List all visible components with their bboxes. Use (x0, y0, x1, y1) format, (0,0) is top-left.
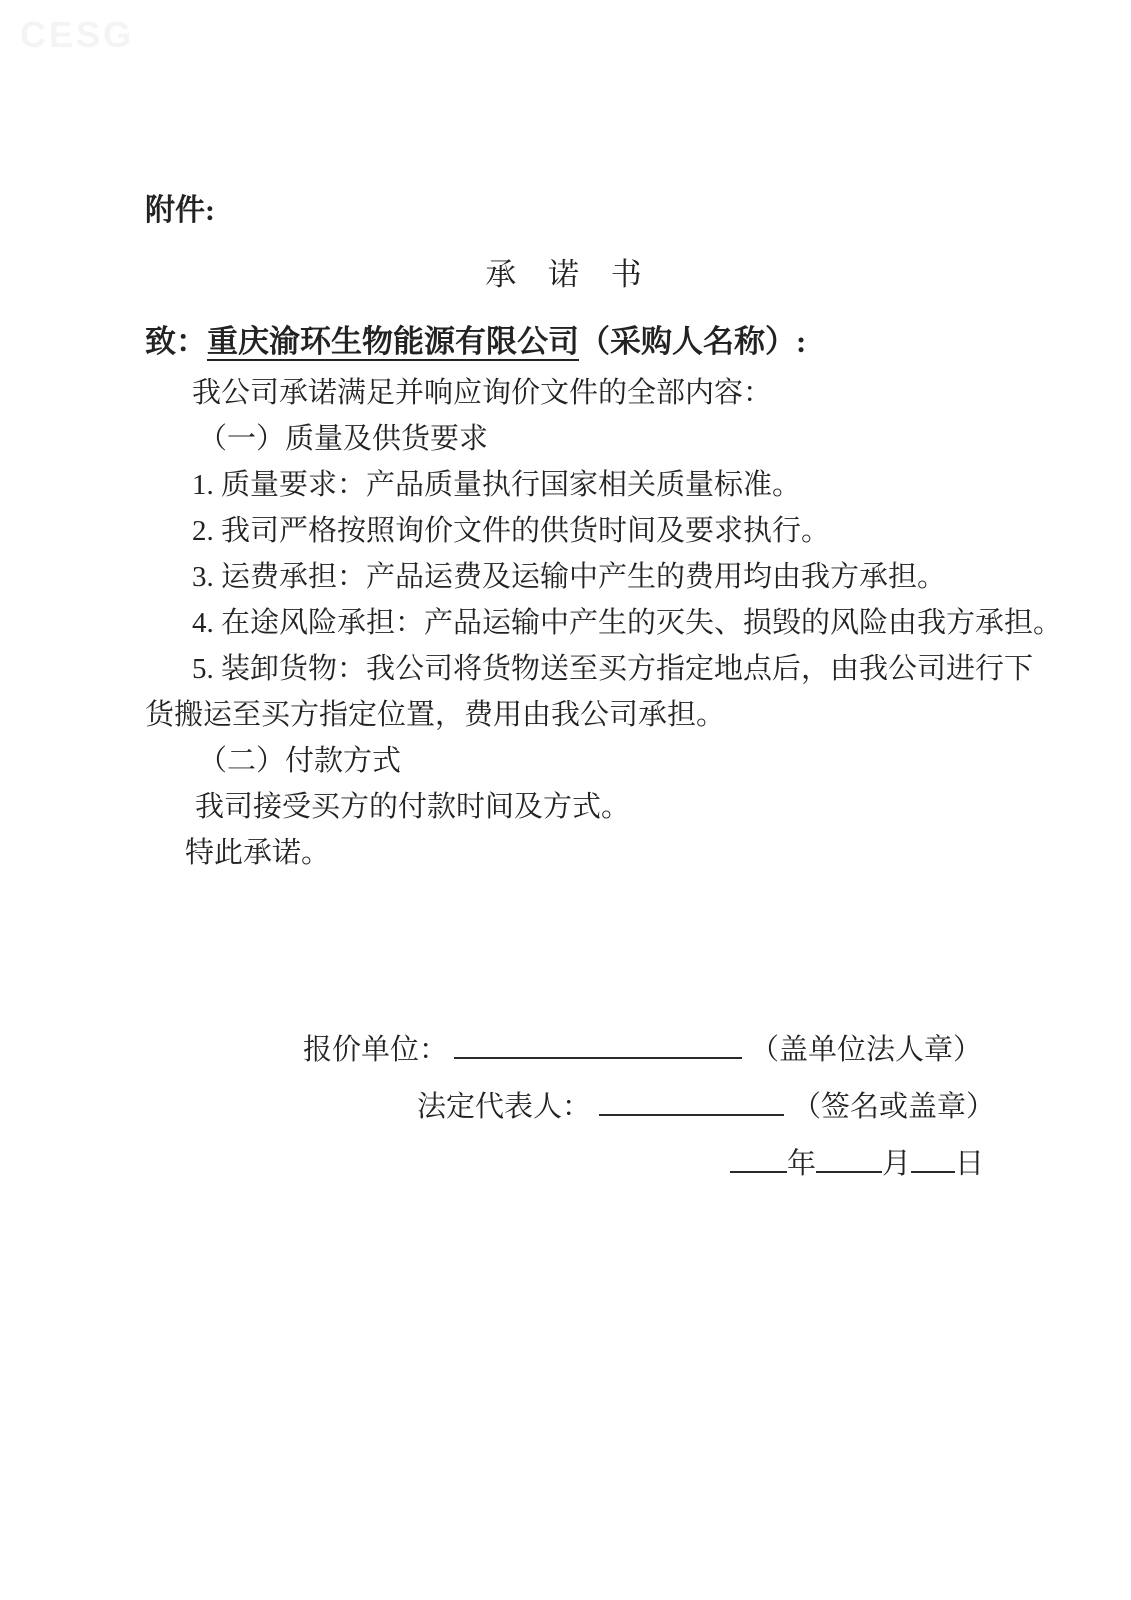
paragraph-item-5: 5. 装卸货物：我公司将货物送至买方指定地点后，由我公司进行下 (145, 646, 986, 692)
salutation-line: 致：重庆渝环生物能源有限公司（采购人名称）: (145, 324, 986, 360)
attachment-label: 附件: (145, 194, 986, 228)
signature-block: 报价单位：（盖单位法人章） 法定代表人：（签名或盖章） 年月日 (145, 1028, 986, 1182)
quote-unit-blank-line (454, 1028, 742, 1059)
day-label: 日 (955, 1148, 984, 1180)
paragraph-closing: 特此承诺。 (145, 830, 986, 876)
legal-representative-note: （签名或盖章） (792, 1091, 995, 1123)
quote-unit-row: 报价单位：（盖单位法人章） (303, 1028, 986, 1068)
paragraph-item-4: 4. 在途风险承担：产品运输中产生的灭失、损毁的风险由我方承担。 (145, 600, 986, 646)
document-body: 我公司承诺满足并响应询价文件的全部内容： （一）质量及供货要求 1. 质量要求：… (145, 370, 986, 876)
document-title: 承 诺 书 (145, 258, 986, 292)
paragraph-commitment-intro: 我公司承诺满足并响应询价文件的全部内容： (145, 370, 986, 416)
paragraph-item-2: 2. 我司严格按照询价文件的供货时间及要求执行。 (145, 508, 986, 554)
paragraph-item-3: 3. 运费承担：产品运费及运输中产生的费用均由我方承担。 (145, 554, 986, 600)
year-label: 年 (787, 1148, 816, 1180)
legal-representative-blank-line (599, 1085, 784, 1116)
purchaser-company-name: 重庆渝环生物能源有限公司 (207, 324, 579, 359)
year-blank-line (730, 1142, 787, 1173)
paragraph-payment-terms: 我司接受买方的付款时间及方式。 (145, 784, 986, 830)
quote-unit-seal-note: （盖单位法人章） (750, 1034, 982, 1066)
month-label: 月 (882, 1148, 911, 1180)
salutation-suffix: （采购人名称）: (579, 324, 806, 359)
legal-representative-label: 法定代表人： (417, 1091, 591, 1123)
paragraph-item-1: 1. 质量要求：产品质量执行国家相关质量标准。 (145, 462, 986, 508)
document-content: 附件: 承 诺 书 致：重庆渝环生物能源有限公司（采购人名称）: 我公司承诺满足… (145, 194, 986, 1182)
paragraph-section-2-heading: （二）付款方式 (145, 738, 986, 784)
date-row: 年月日 (145, 1142, 986, 1182)
quote-unit-label: 报价单位： (303, 1034, 448, 1066)
day-blank-line (911, 1142, 955, 1173)
document-page: CESG 附件: 承 诺 书 致：重庆渝环生物能源有限公司（采购人名称）: 我公… (0, 0, 1131, 1600)
paragraph-item-5-continued: 货搬运至买方指定位置，费用由我公司承担。 (145, 692, 986, 738)
paragraph-section-1-heading: （一）质量及供货要求 (145, 416, 986, 462)
watermark-logo: CESG (20, 14, 134, 56)
month-blank-line (816, 1142, 882, 1173)
salutation-prefix: 致： (145, 324, 207, 359)
legal-representative-row: 法定代表人：（签名或盖章） (417, 1085, 986, 1125)
